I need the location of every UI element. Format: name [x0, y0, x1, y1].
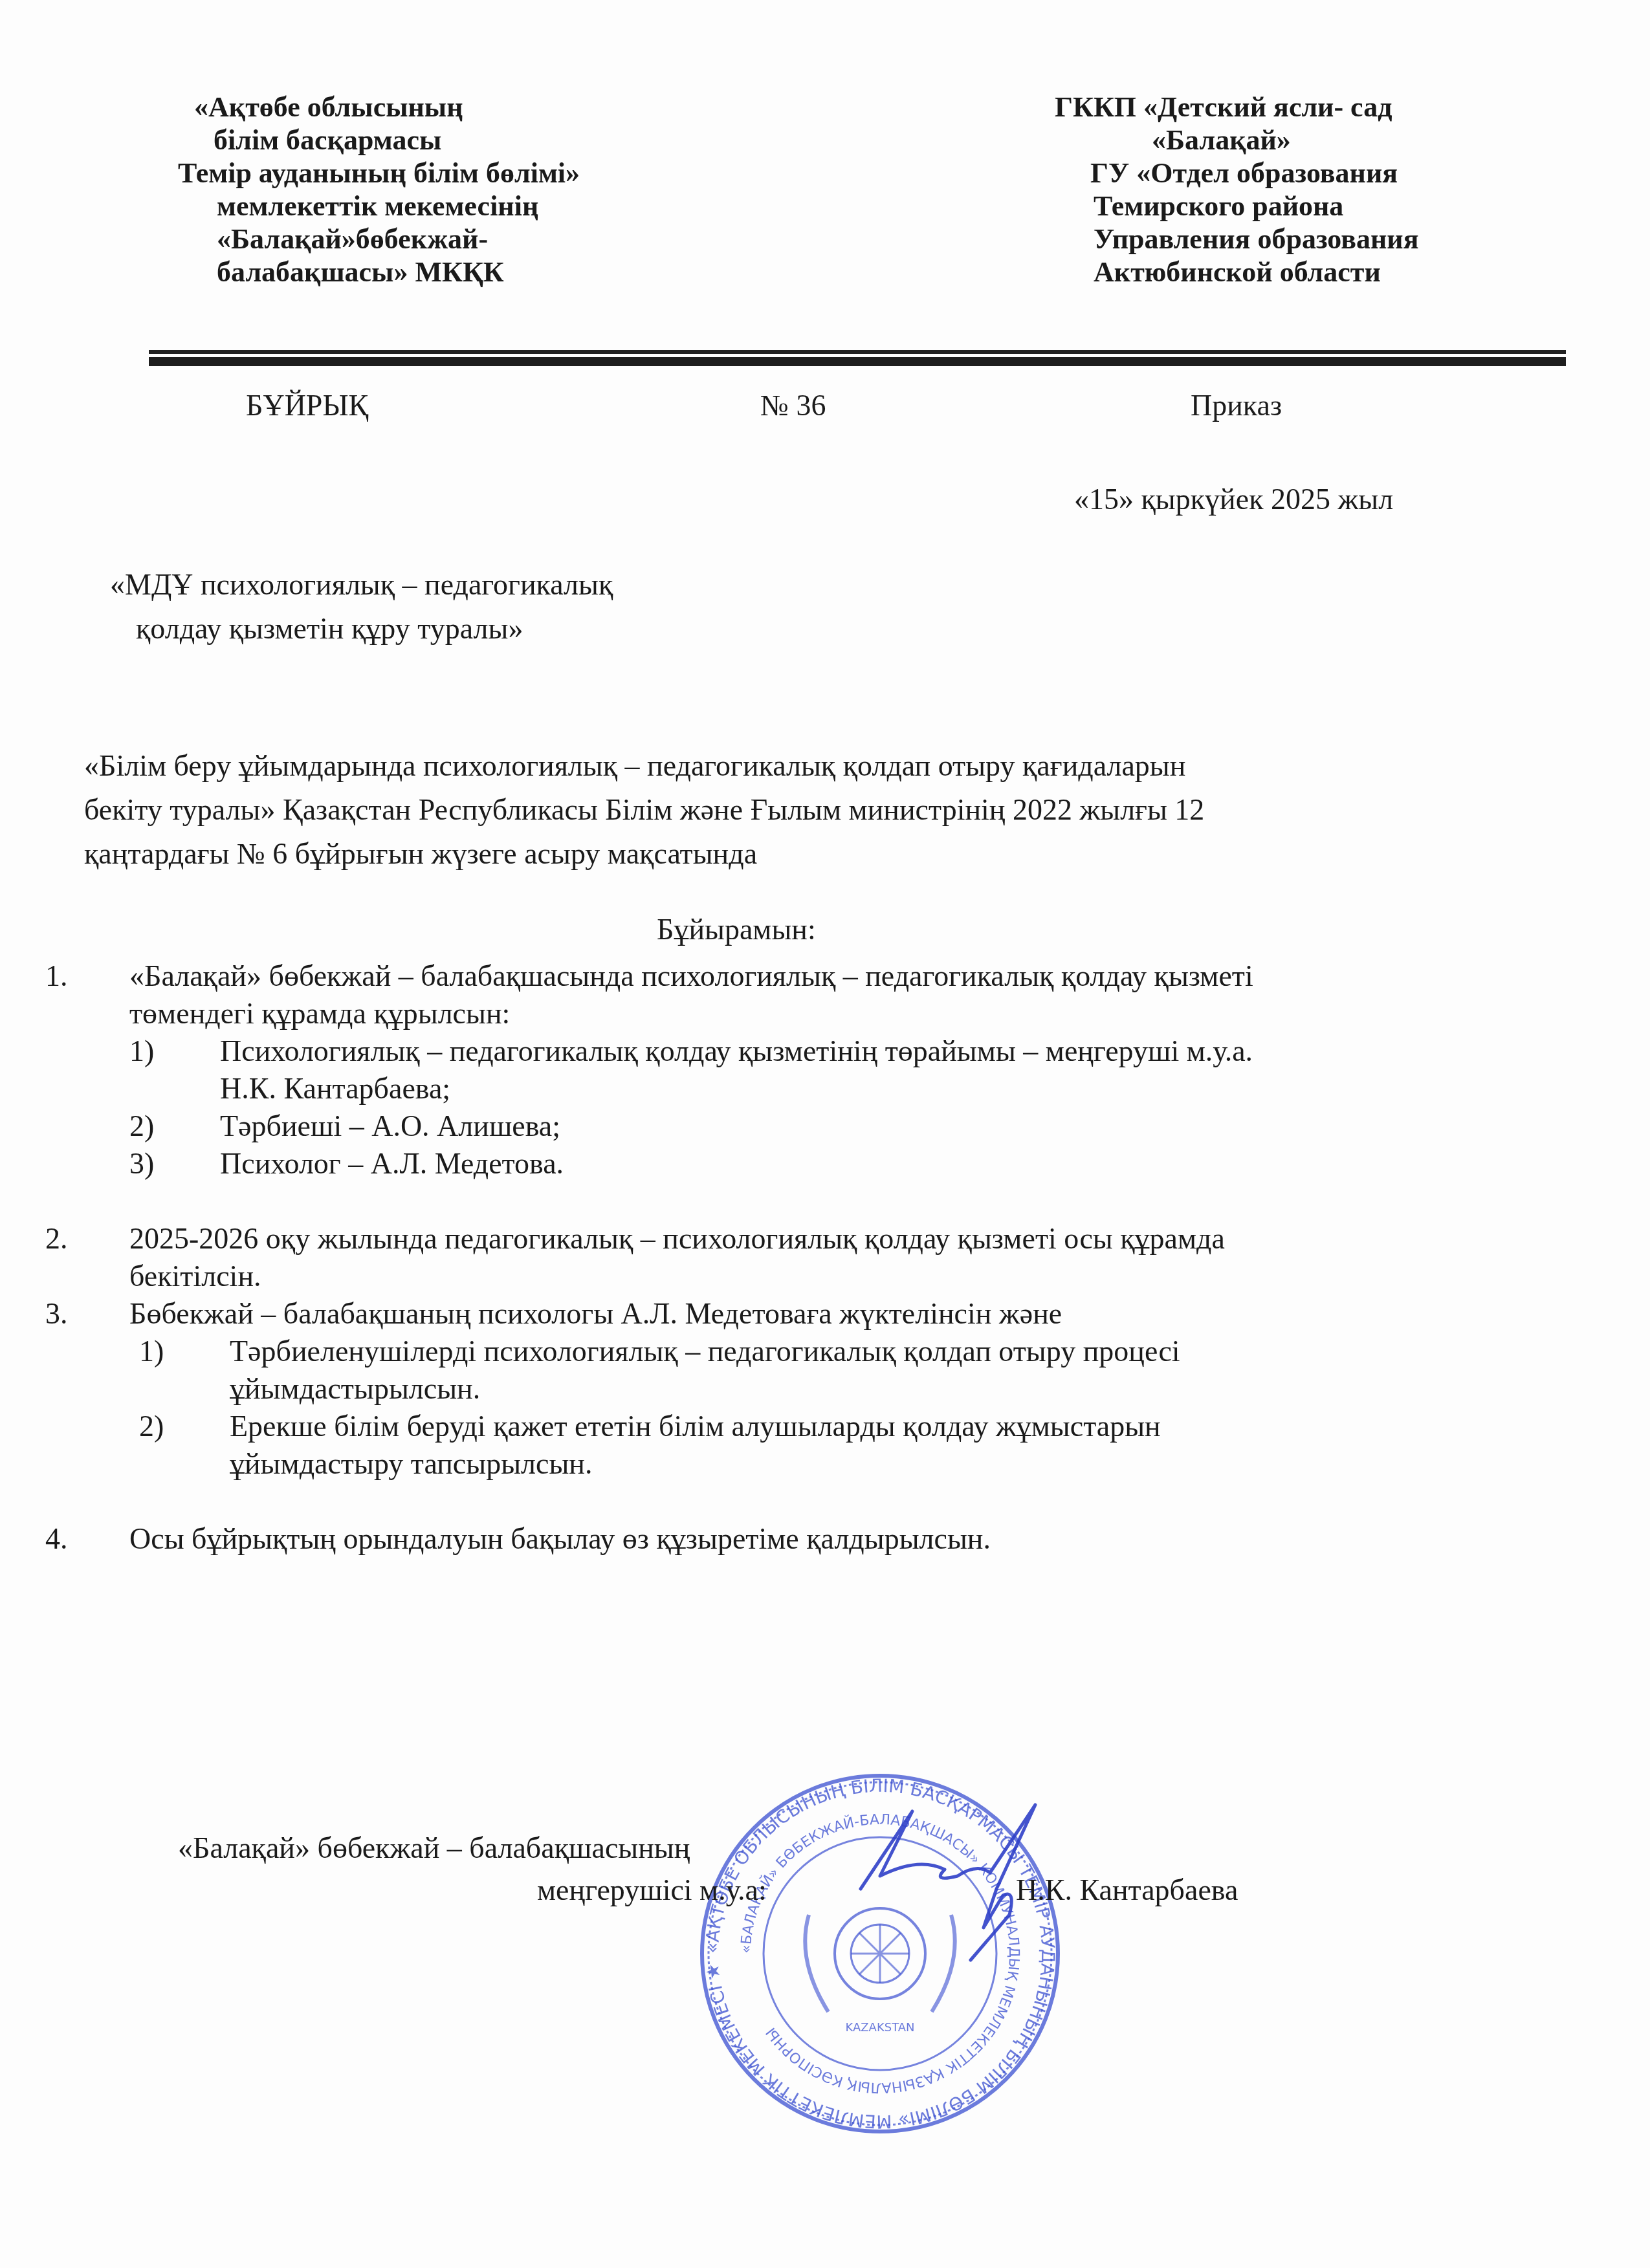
sub-item: 2) Тәрбиеші – А.О. Алишева; [45, 1107, 1253, 1145]
svg-text:KAZAKSTAN: KAZAKSTAN [845, 2021, 914, 2034]
header-kz-line: балабақшасы» МКҚК [155, 256, 580, 289]
item-text: Осы бұйрықтың орындалуын бақылау өз құзы… [129, 1522, 991, 1555]
sub-item-number: 2) [139, 1408, 164, 1445]
title-kz: БҰЙРЫҚ [246, 388, 368, 422]
sub-item: 1) Тәрбиеленушілерді психологиялық – пед… [45, 1333, 1253, 1370]
item-text: 2025-2026 оқу жылында педагогикалық – пс… [129, 1222, 1225, 1255]
sub-item-text: ұйымдастыру тапсырылсын. [230, 1447, 593, 1480]
header-kz: «Ақтөбе облысының білім басқармасы Темір… [155, 91, 580, 289]
subject-line: қолдау қызметін құру туралы» [110, 607, 613, 651]
item-number: 2. [45, 1220, 68, 1258]
list-item: 3. Бөбекжай – балабақшаның психологы А.Л… [45, 1295, 1253, 1333]
item-number: 1. [45, 957, 68, 995]
header-ru-line: «Балақай» [1055, 124, 1418, 157]
order-number: № 36 [760, 388, 826, 422]
sub-item-text: Тәрбиеленушілерді психологиялық – педаго… [230, 1335, 1180, 1368]
title-ru: Приказ [1191, 388, 1282, 422]
sub-item-number: 2) [129, 1107, 154, 1145]
item-text: бекітілсін. [129, 1259, 261, 1292]
header-divider-thin [149, 350, 1566, 354]
sub-item-cont: Н.К. Кантарбаева; [45, 1070, 1253, 1107]
sub-item-cont: ұйымдастырылсын. [45, 1370, 1253, 1408]
sub-item-cont: ұйымдастыру тапсырылсын. [45, 1445, 1253, 1483]
item-number: 3. [45, 1295, 68, 1333]
header-ru-line: Темирского района [1055, 190, 1418, 223]
signatory-org: «Балақай» бөбекжай – балабақшасының [178, 1831, 690, 1865]
preamble-line: бекіту туралы» Қазақстан Республикасы Бі… [84, 788, 1585, 832]
signatory-name: Н.К. Кантарбаева [1016, 1873, 1238, 1907]
item-text: Бөбекжай – балабақшаның психологы А.Л. М… [129, 1297, 1062, 1330]
sub-item: 1) Психологиялық – педагогикалық қолдау … [45, 1032, 1253, 1070]
header-divider-thick [149, 357, 1566, 366]
subject-line: «МДҰ психологиялық – педагогикалық [110, 563, 613, 607]
order-date: «15» қыркүйек 2025 жыл [1074, 482, 1393, 516]
preamble-line: қаңтардағы № 6 бұйрығын жүзеге асыру мақ… [84, 832, 1585, 876]
sub-item-text: Ерекше білім беруді қажет ететін білім а… [230, 1410, 1161, 1443]
item-text: төмендегі құрамда құрылсын: [129, 997, 510, 1030]
header-kz-line: мемлекеттік мекемесінің [155, 190, 580, 223]
header-kz-line: білім басқармасы [155, 124, 580, 157]
list-item-cont: төмендегі құрамда құрылсын: [45, 995, 1253, 1032]
header-kz-line: «Ақтөбе облысының [155, 91, 580, 124]
list-item-cont: бекітілсін. [45, 1258, 1253, 1295]
list-item: 1. «Балақай» бөбекжай – балабақшасында п… [45, 957, 1253, 995]
header-ru-line: ГУ «Отдел образования [1055, 157, 1418, 190]
header-kz-line: Темір ауданының білім бөлімі» [155, 157, 580, 190]
header-ru-line: Управления образования [1055, 223, 1418, 256]
order-items: 1. «Балақай» бөбекжай – балабақшасында п… [45, 957, 1253, 1558]
header-kz-line: «Балақай»бөбекжай- [155, 223, 580, 256]
sub-item: 2) Ерекше білім беруді қажет ететін білі… [45, 1408, 1253, 1445]
document-page: «Ақтөбе облысының білім басқармасы Темір… [0, 0, 1650, 2268]
signatory-title: меңгерушісі м.у.а: [537, 1873, 767, 1907]
header-ru-line: ГККП «Детский ясли- сад [1055, 91, 1418, 124]
sub-item: 3) Психолог – А.Л. Медетова. [45, 1145, 1253, 1183]
item-text: «Балақай» бөбекжай – балабақшасында псих… [129, 959, 1253, 992]
order-heading: Бұйырамын: [657, 912, 816, 946]
sub-item-text: Н.К. Кантарбаева; [220, 1072, 450, 1105]
sub-item-number: 1) [129, 1032, 154, 1070]
item-number: 4. [45, 1520, 68, 1558]
sub-item-number: 1) [139, 1333, 164, 1370]
order-subject: «МДҰ психологиялық – педагогикалық қолда… [110, 563, 613, 651]
list-item: 4. Осы бұйрықтың орындалуын бақылау өз қ… [45, 1520, 1253, 1558]
sub-item-text: Психологиялық – педагогикалық қолдау қыз… [220, 1034, 1253, 1067]
sub-item-text: Психолог – А.Л. Медетова. [220, 1147, 564, 1180]
header-ru: ГККП «Детский ясли- сад «Балақай» ГУ «От… [1055, 91, 1418, 289]
sub-item-text: ұйымдастырылсын. [230, 1372, 480, 1405]
sub-item-text: Тәрбиеші – А.О. Алишева; [220, 1109, 560, 1142]
list-item: 2. 2025-2026 оқу жылында педагогикалық –… [45, 1220, 1253, 1258]
preamble: «Білім беру ұйымдарында психологиялық – … [84, 744, 1585, 876]
preamble-line: «Білім беру ұйымдарында психологиялық – … [84, 744, 1585, 788]
header-ru-line: Актюбинской области [1055, 256, 1418, 289]
sub-item-number: 3) [129, 1145, 154, 1183]
